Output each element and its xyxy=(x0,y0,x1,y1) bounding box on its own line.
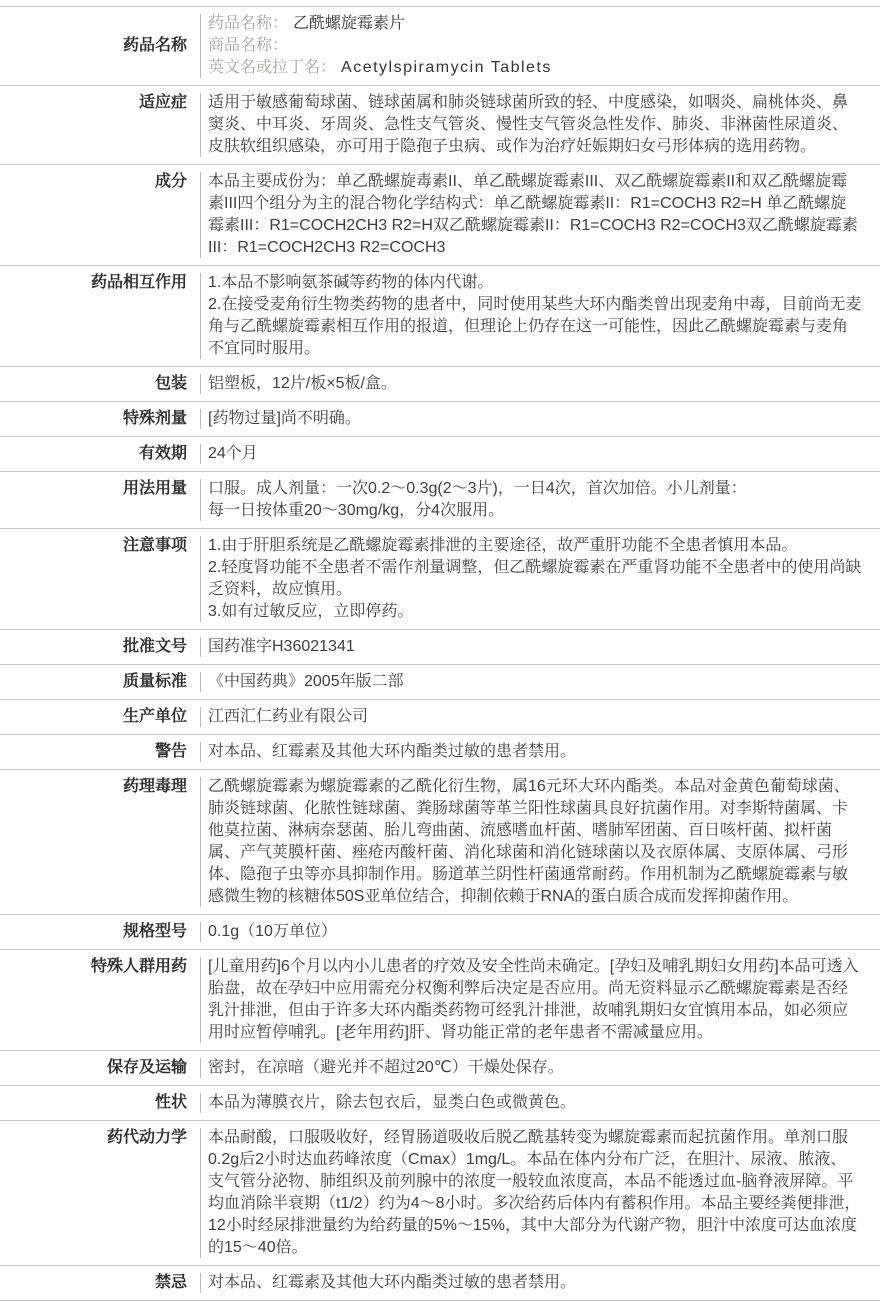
field-value: 乙酰螺旋霉素片 xyxy=(293,15,405,32)
table-row: 保存及运输 密封，在凉暗（避光并不超过20℃）干燥处保存。 xyxy=(0,1051,880,1086)
row-label: 特殊人群用药 xyxy=(0,950,200,1050)
row-label: 药代动力学 xyxy=(0,1121,200,1265)
row-label: 药理毒理 xyxy=(0,770,200,914)
row-label: 注意事项 xyxy=(0,529,200,629)
row-content: 口服。成人剂量：一次0.2～0.3g(2～3片)，一日4次，首次加倍。小儿剂量：… xyxy=(200,472,880,528)
table-row: 用法用量 口服。成人剂量：一次0.2～0.3g(2～3片)，一日4次，首次加倍。… xyxy=(0,472,880,529)
row-content: 本品耐酸，口服吸收好，经胃肠道吸收后脱乙酰基转变为螺旋霉素而起抗菌作用。单剂口服… xyxy=(200,1121,880,1265)
table-row: 成分 本品主要成份为：单乙酰螺旋毒素II、单乙酰螺旋霉素III、双乙酰螺旋霉素I… xyxy=(0,165,880,266)
row-label: 质量标准 xyxy=(0,665,200,699)
field-value: Acetylspiramycin Tablets xyxy=(341,59,552,76)
row-content: 0.1g（10万单位） xyxy=(200,915,880,949)
row-content: 1.本品不影响氨茶碱等药物的体内代谢。 2.在接受麦角衍生物类药物的患者中，同时… xyxy=(200,266,880,366)
table-row: 药品名称 药品名称：乙酰螺旋霉素片商品名称：英文名或拉丁名：Acetylspir… xyxy=(0,7,880,86)
row-label: 适应症 xyxy=(0,86,200,164)
row-label: 批准文号 xyxy=(0,630,200,664)
table-row: 药品相互作用 1.本品不影响氨茶碱等药物的体内代谢。 2.在接受麦角衍生物类药物… xyxy=(0,266,880,367)
row-content: 江西汇仁药业有限公司 xyxy=(200,700,880,734)
table-row: 性状 本品为薄膜衣片，除去包衣后，显类白色或微黄色。 xyxy=(0,1086,880,1121)
row-content: 本品为薄膜衣片，除去包衣后，显类白色或微黄色。 xyxy=(200,1086,880,1120)
table-row: 质量标准 《中国药典》2005年版二部 xyxy=(0,665,880,700)
row-content: 24个月 xyxy=(200,437,880,471)
row-content: 1.由于肝胆系统是乙酰螺旋霉素排泄的主要途径，故严重肝功能不全患者慎用本品。 2… xyxy=(200,529,880,629)
field-key: 英文名或拉丁名： xyxy=(208,59,336,76)
drug-info-table: 药品名称 药品名称：乙酰螺旋霉素片商品名称：英文名或拉丁名：Acetylspir… xyxy=(0,6,880,1301)
row-label: 包装 xyxy=(0,367,200,401)
row-content: 乙酰螺旋霉素为螺旋霉素的乙酰化衍生物，属16元环大环内酯类。本品对金黄色葡萄球菌… xyxy=(200,770,880,914)
row-content: 本品主要成份为：单乙酰螺旋毒素II、单乙酰螺旋霉素III、双乙酰螺旋霉素II和双… xyxy=(200,165,880,265)
row-content: 对本品、红霉素及其他大环内酯类过敏的患者禁用。 xyxy=(200,735,880,769)
row-label: 性状 xyxy=(0,1086,200,1120)
table-row: 禁忌 对本品、红霉素及其他大环内酯类过敏的患者禁用。 xyxy=(0,1266,880,1301)
row-label: 有效期 xyxy=(0,437,200,471)
row-content: 《中国药典》2005年版二部 xyxy=(200,665,880,699)
table-row: 有效期 24个月 xyxy=(0,437,880,472)
field-line: 商品名称： xyxy=(208,35,862,57)
table-row: 特殊剂量 [药物过量]尚不明确。 xyxy=(0,402,880,437)
row-content: 适用于敏感葡萄球菌、链球菌属和肺炎链球菌所致的轻、中度感染，如咽炎、扁桃体炎、鼻… xyxy=(200,86,880,164)
table-row: 适应症 适用于敏感葡萄球菌、链球菌属和肺炎链球菌所致的轻、中度感染，如咽炎、扁桃… xyxy=(0,86,880,165)
row-label: 成分 xyxy=(0,165,200,265)
row-content: [儿童用药]6个月以内小儿患者的疗效及安全性尚未确定。[孕妇及哺乳期妇女用药]本… xyxy=(200,950,880,1050)
table-row: 警告 对本品、红霉素及其他大环内酯类过敏的患者禁用。 xyxy=(0,735,880,770)
table-row: 注意事项 1.由于肝胆系统是乙酰螺旋霉素排泄的主要途径，故严重肝功能不全患者慎用… xyxy=(0,529,880,630)
field-key: 商品名称： xyxy=(208,37,288,54)
table-row: 生产单位 江西汇仁药业有限公司 xyxy=(0,700,880,735)
row-content: 对本品、红霉素及其他大环内酯类过敏的患者禁用。 xyxy=(200,1266,880,1300)
table-row: 包装 铝塑板，12片/板×5板/盒。 xyxy=(0,367,880,402)
row-label: 药品相互作用 xyxy=(0,266,200,366)
row-label: 规格型号 xyxy=(0,915,200,949)
row-label: 特殊剂量 xyxy=(0,402,200,436)
table-row: 药代动力学 本品耐酸，口服吸收好，经胃肠道吸收后脱乙酰基转变为螺旋霉素而起抗菌作… xyxy=(0,1121,880,1266)
field-line: 英文名或拉丁名：Acetylspiramycin Tablets xyxy=(208,57,862,79)
table-row: 批准文号 国药准字H36021341 xyxy=(0,630,880,665)
table-row: 药理毒理 乙酰螺旋霉素为螺旋霉素的乙酰化衍生物，属16元环大环内酯类。本品对金黄… xyxy=(0,770,880,915)
field-line: 药品名称：乙酰螺旋霉素片 xyxy=(208,13,862,35)
row-content: 密封，在凉暗（避光并不超过20℃）干燥处保存。 xyxy=(200,1051,880,1085)
table-row: 规格型号 0.1g（10万单位） xyxy=(0,915,880,950)
row-label: 警告 xyxy=(0,735,200,769)
row-content: 铝塑板，12片/板×5板/盒。 xyxy=(200,367,880,401)
row-content: [药物过量]尚不明确。 xyxy=(200,402,880,436)
row-label: 药品名称 xyxy=(0,35,200,57)
row-label: 用法用量 xyxy=(0,472,200,528)
row-content: 国药准字H36021341 xyxy=(200,630,880,664)
row-label: 禁忌 xyxy=(0,1266,200,1300)
table-row: 特殊人群用药 [儿童用药]6个月以内小儿患者的疗效及安全性尚未确定。[孕妇及哺乳… xyxy=(0,950,880,1051)
row-label: 生产单位 xyxy=(0,700,200,734)
row-content: 药品名称：乙酰螺旋霉素片商品名称：英文名或拉丁名：Acetylspiramyci… xyxy=(200,7,880,85)
row-label: 保存及运输 xyxy=(0,1051,200,1085)
field-key: 药品名称： xyxy=(208,15,288,32)
